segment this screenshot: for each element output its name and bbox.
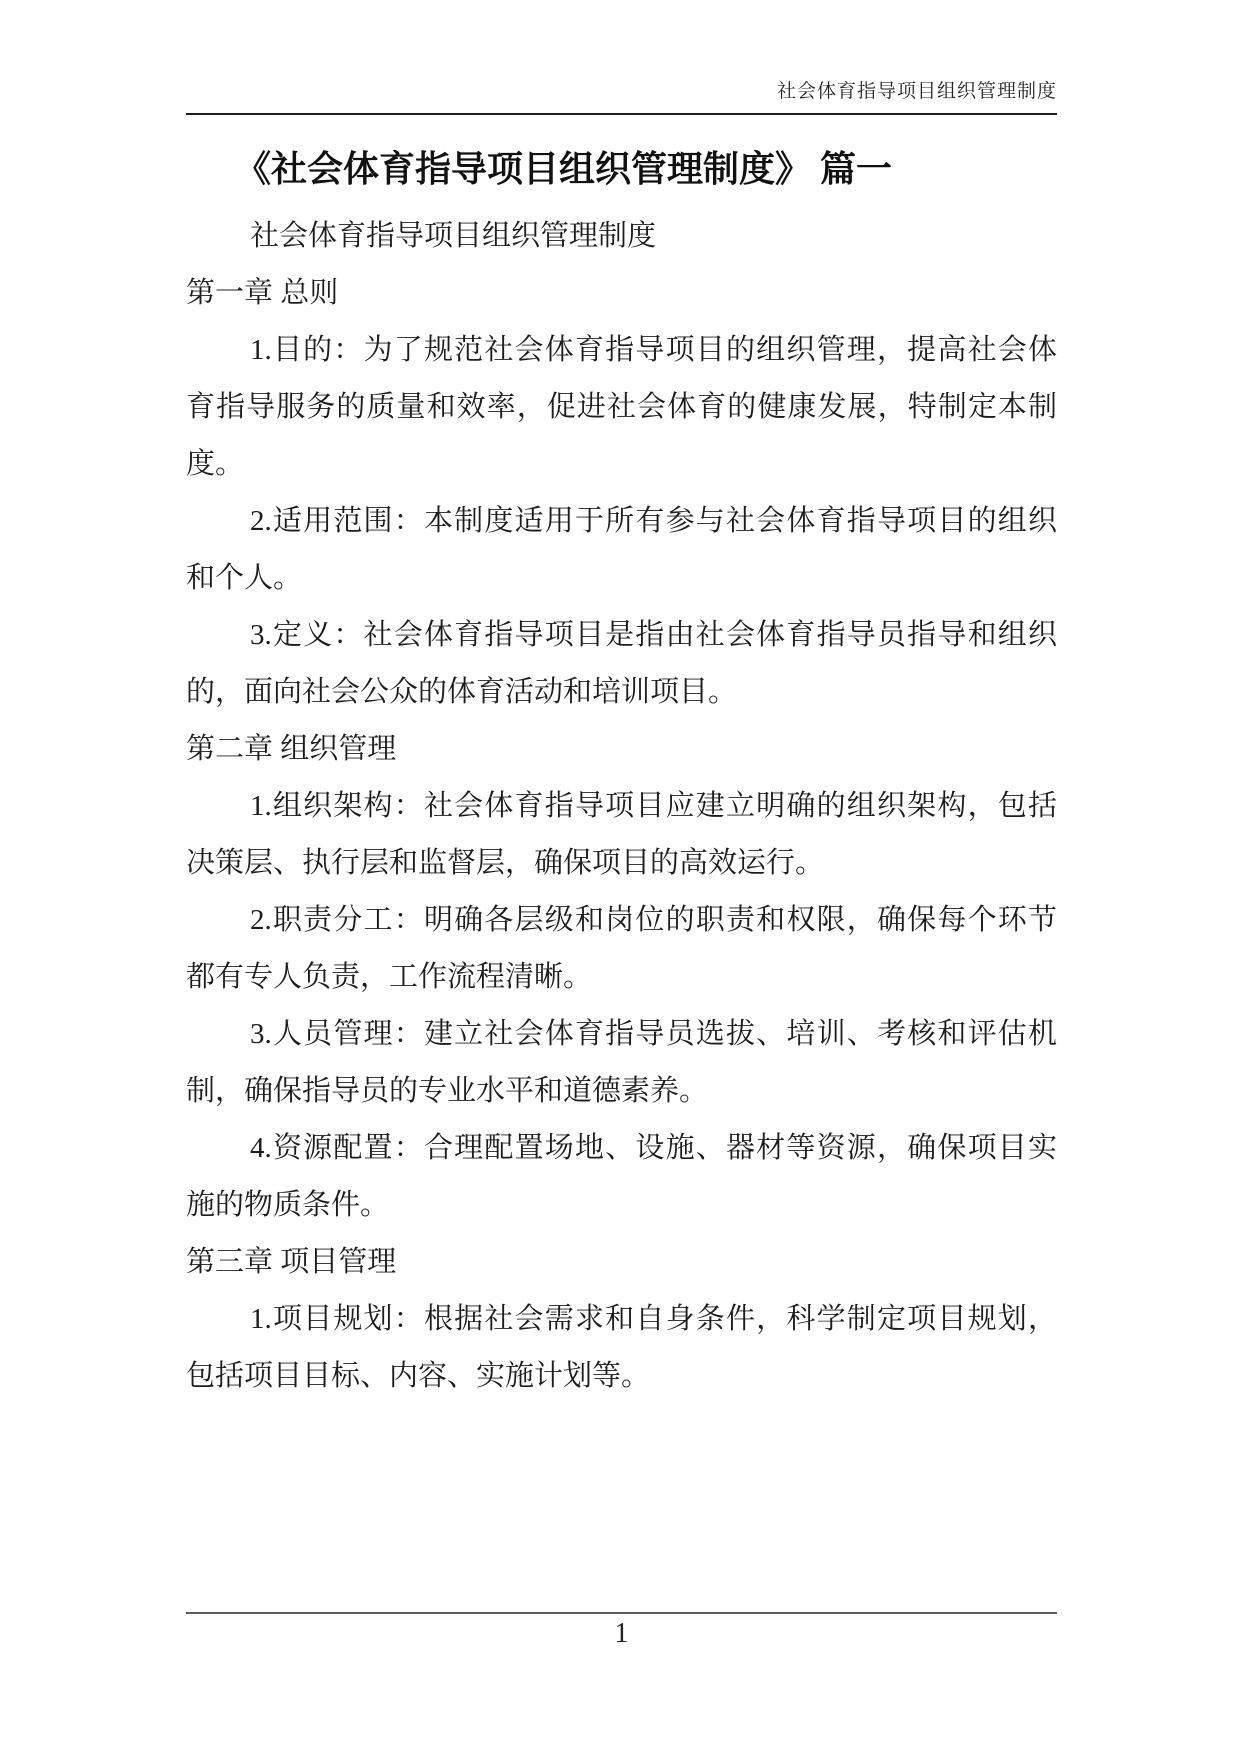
document-body: 社会体育指导项目组织管理制度第一章 总则1.目的：为了规范社会体育指导项目的组织… (186, 208, 1057, 1405)
text-line: 社会体育指导项目组织管理制度 (186, 208, 1057, 265)
text-line: 1.组织架构：社会体育指导项目应建立明确的组织架构，包括 (186, 778, 1057, 835)
text-line: 施的物质条件。 (186, 1177, 1057, 1234)
document-page: 社会体育指导项目组织管理制度 《社会体育指导项目组织管理制度》 篇一 社会体育指… (0, 0, 1240, 1753)
text-line: 都有专人负责，工作流程清晰。 (186, 949, 1057, 1006)
text-line: 度。 (186, 436, 1057, 493)
text-line: 第三章 项目管理 (186, 1234, 1057, 1291)
text-line: 和个人。 (186, 550, 1057, 607)
footer-rule (186, 1612, 1057, 1614)
page-number: 1 (186, 1616, 1057, 1652)
text-line: 2.职责分工：明确各层级和岗位的职责和权限，确保每个环节 (186, 892, 1057, 949)
text-line: 第一章 总则 (186, 265, 1057, 322)
text-line: 第二章 组织管理 (186, 721, 1057, 778)
text-line: 3.定义：社会体育指导项目是指由社会体育指导员指导和组织 (186, 607, 1057, 664)
text-line: 的，面向社会公众的体育活动和培训项目。 (186, 664, 1057, 721)
text-line: 4.资源配置：合理配置场地、设施、器材等资源，确保项目实 (186, 1120, 1057, 1177)
text-line: 3.人员管理：建立社会体育指导员选拔、培训、考核和评估机 (186, 1006, 1057, 1063)
text-line: 2.适用范围：本制度适用于所有参与社会体育指导项目的组织 (186, 493, 1057, 550)
running-header-title: 社会体育指导项目组织管理制度 (186, 80, 1057, 104)
text-line: 育指导服务的质量和效率，促进社会体育的健康发展，特制定本制 (186, 379, 1057, 436)
text-line: 决策层、执行层和监督层，确保项目的高效运行。 (186, 835, 1057, 892)
text-line: 包括项目目标、内容、实施计划等。 (186, 1348, 1057, 1405)
text-line: 制，确保指导员的专业水平和道德素养。 (186, 1063, 1057, 1120)
document-title: 《社会体育指导项目组织管理制度》 篇一 (128, 143, 999, 195)
header-rule (186, 113, 1057, 115)
text-line: 1.目的：为了规范社会体育指导项目的组织管理，提高社会体 (186, 322, 1057, 379)
text-line: 1.项目规划：根据社会需求和自身条件，科学制定项目规划， (186, 1291, 1057, 1348)
